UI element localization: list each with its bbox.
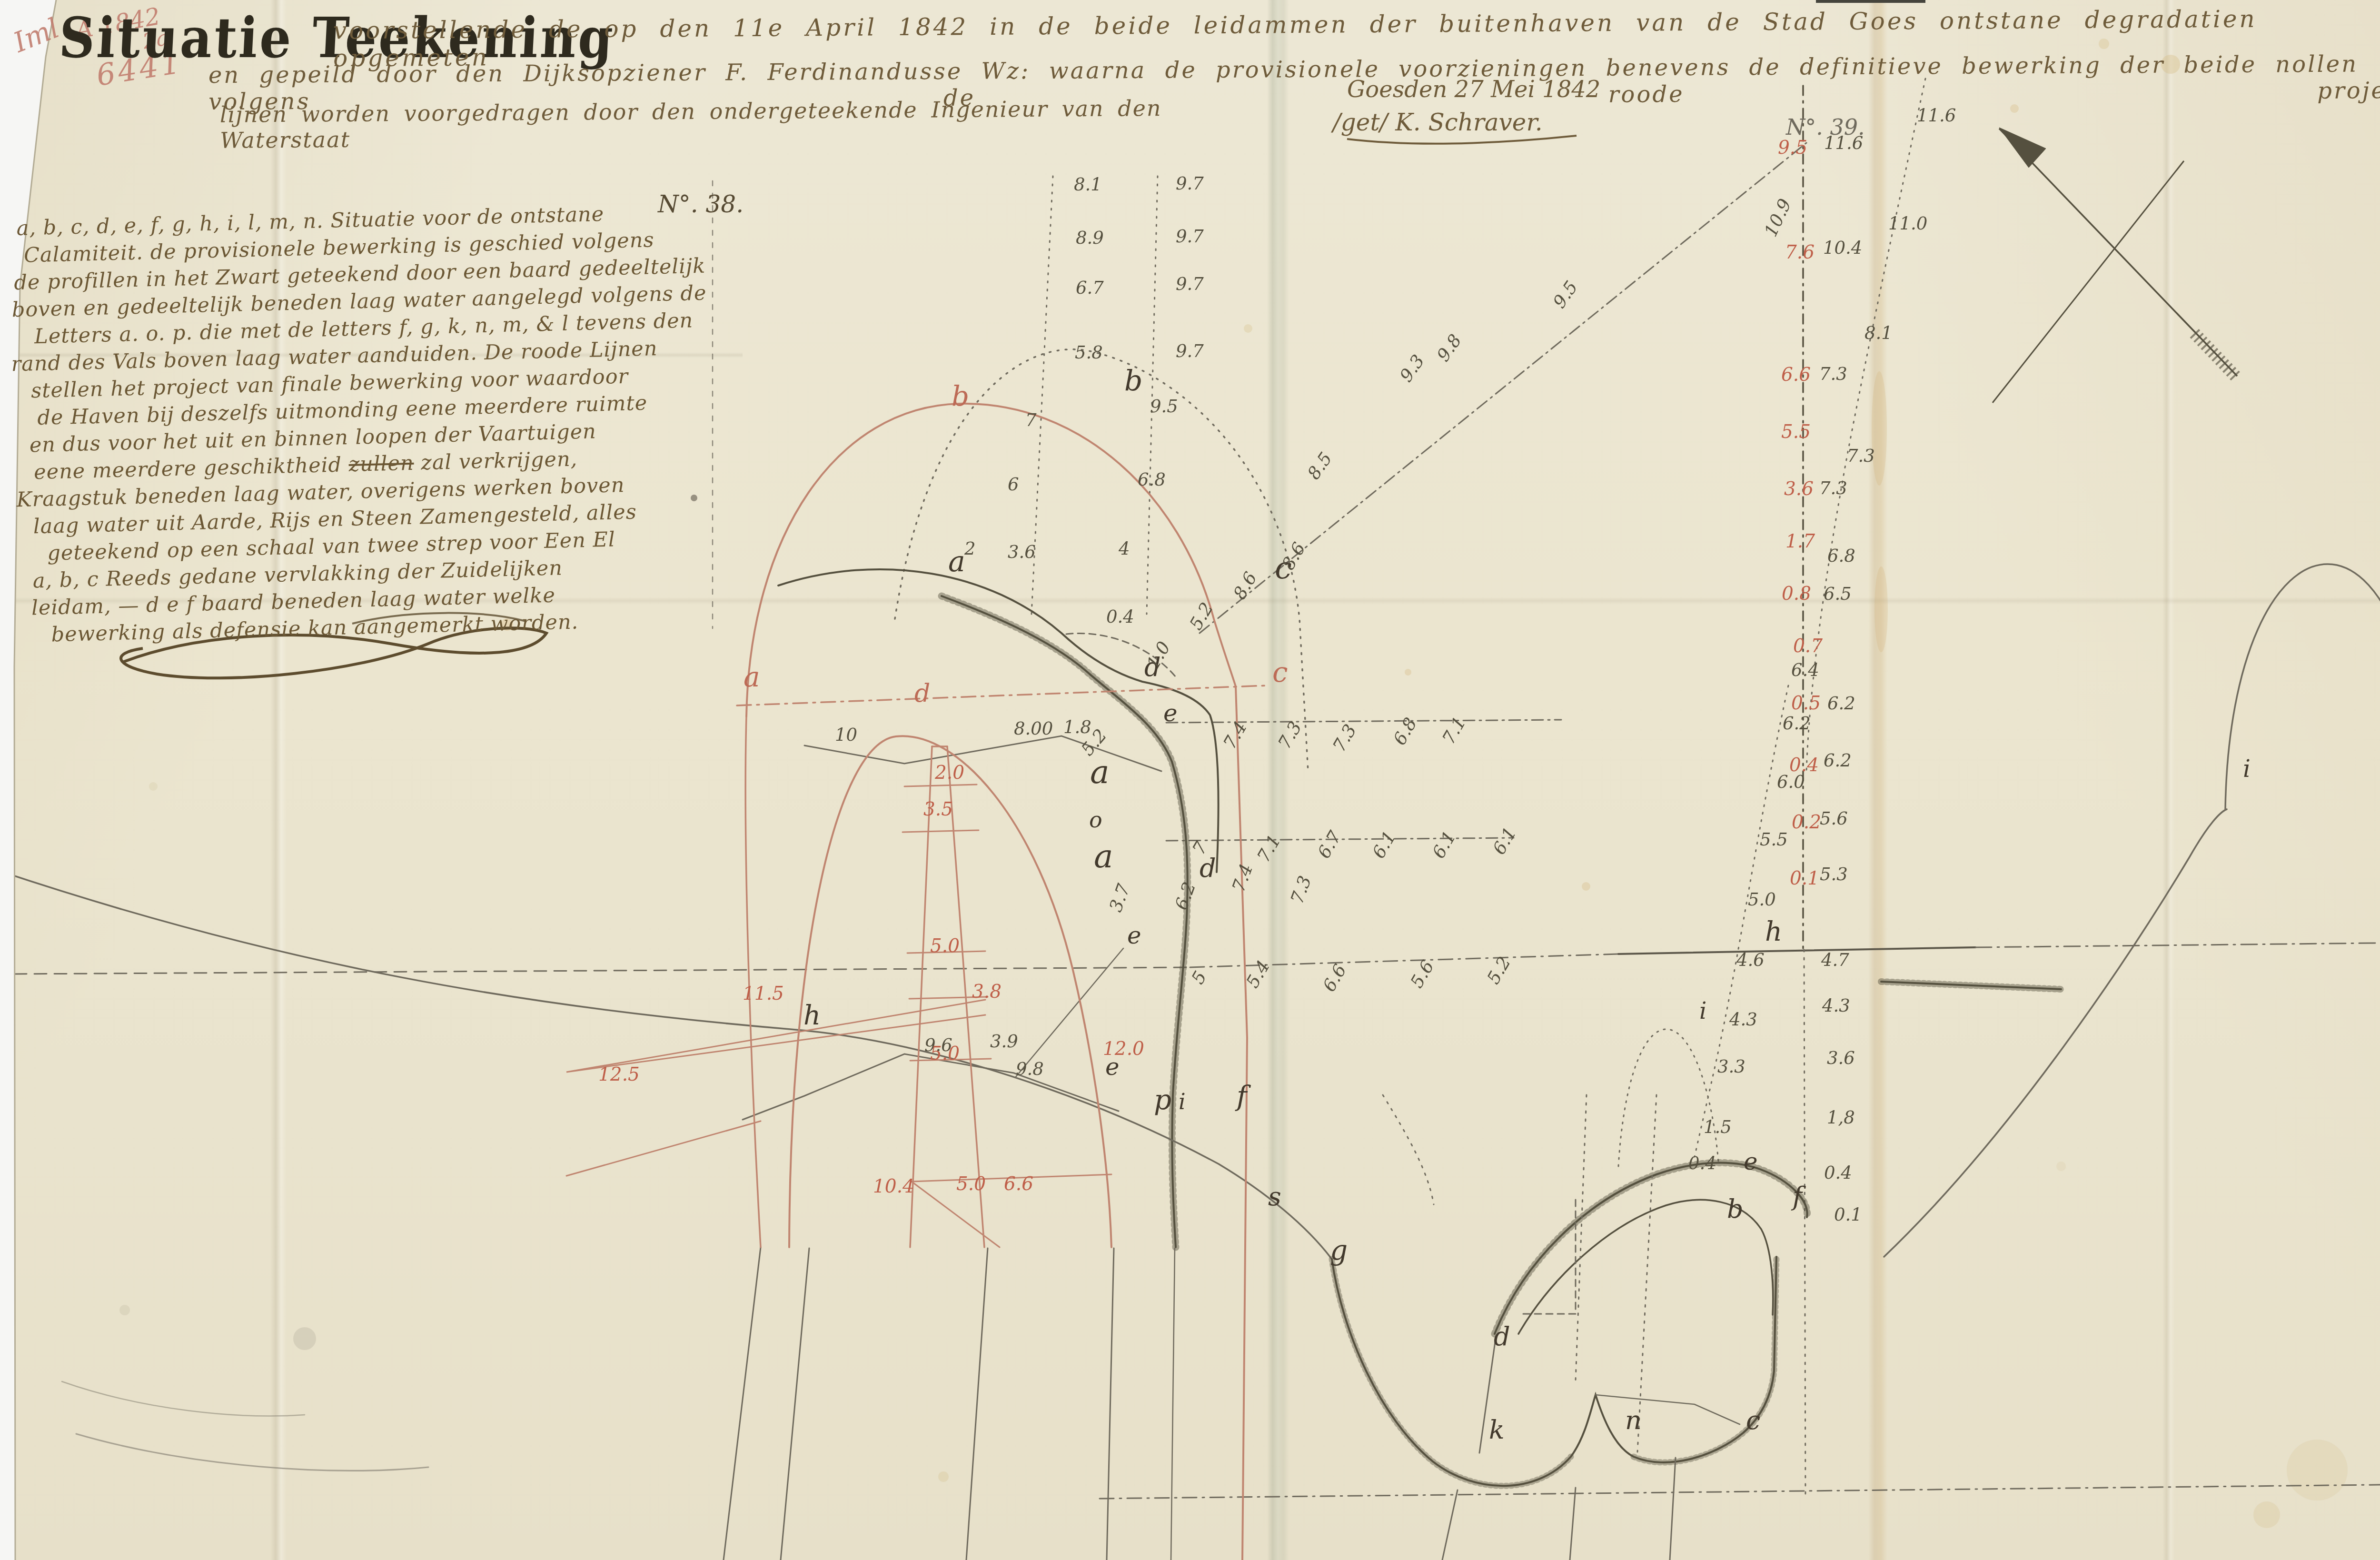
sounding-value-black: 0.4 xyxy=(1688,1153,1716,1173)
north-arrow-icon xyxy=(1993,128,2237,403)
sounding-value-black: 3.6 xyxy=(1008,542,1036,562)
sounding-value-black: 7.3 xyxy=(1287,873,1316,906)
drawing-letter: i xyxy=(1179,1089,1186,1114)
sounding-value-red: 1.7 xyxy=(1785,531,1815,552)
sounding-value-black: 5.4 xyxy=(1242,957,1274,991)
sounding-value-red: 2.0 xyxy=(934,762,964,784)
signature: /get/ K. Schraver. xyxy=(1333,109,1543,136)
drawing-letter: i xyxy=(2243,755,2251,783)
sounding-value-black: 4 xyxy=(1118,538,1130,559)
drawing-letter: h xyxy=(1765,916,1782,947)
sounding-value-black: 6 xyxy=(1008,474,1019,495)
drawing-letter: n xyxy=(1625,1405,1642,1435)
drawing-letter: e xyxy=(1744,1148,1758,1175)
drawing-letter-red: a xyxy=(744,661,760,693)
sounding-value-black: 7.1 xyxy=(1253,831,1285,865)
sounding-value-black: 9.7 xyxy=(1176,226,1204,247)
drawing-letter: d xyxy=(1200,853,1216,883)
drawing-letter: g xyxy=(1330,1234,1348,1266)
sounding-value-black: 0.1 xyxy=(1834,1204,1862,1225)
sounding-value-red: 5.0 xyxy=(930,1043,960,1064)
soundings-red: 9.57.66.65.53.61.70.80.70.50.40.20.12.03… xyxy=(598,137,1823,1197)
sounding-value-black: 4.3 xyxy=(1729,1009,1757,1030)
title-line-3: lijnen worden voorgedragen door den onde… xyxy=(220,94,1291,153)
drawing-letter: a xyxy=(1094,838,1113,875)
drawing-letter-red: c xyxy=(1272,656,1288,688)
sounding-value-black: 0.4 xyxy=(1824,1163,1852,1183)
sounding-value-black: 4.6 xyxy=(1736,950,1765,970)
sounding-value-red: 12.0 xyxy=(1103,1038,1144,1060)
sounding-value-black: 6.7 xyxy=(1314,827,1346,862)
sounding-value-black: 7.4 xyxy=(1228,861,1257,894)
sounding-value-black: 11.0 xyxy=(1888,213,1927,234)
drawing-letter: a xyxy=(948,545,965,578)
sounding-value-red: 5.0 xyxy=(930,935,960,957)
sounding-value-black: 9.5 xyxy=(1549,277,1582,312)
sounding-value-black: 6.8 xyxy=(1389,714,1421,748)
sounding-value-black: 7 xyxy=(1025,410,1037,430)
signature-name: K. Schraver. xyxy=(1395,109,1542,136)
sounding-value-black: 1.5 xyxy=(1704,1117,1732,1137)
sounding-value-black: 6.8 xyxy=(1827,546,1855,566)
sounding-value-black: 5.2 xyxy=(1186,599,1218,633)
sounding-value-black: 7.3 xyxy=(1847,446,1875,466)
sounding-value-black: 5.0 xyxy=(1748,889,1776,910)
sounding-value-red: 5.5 xyxy=(1781,421,1811,443)
sounding-value-red: 7.6 xyxy=(1785,242,1815,263)
sounding-value-red: 0.4 xyxy=(1789,755,1819,776)
sounding-value-black: 9.8 xyxy=(1433,330,1466,365)
drawing-letter: o xyxy=(1089,807,1102,833)
sounding-value-black: 6.8 xyxy=(1138,469,1166,490)
drawing-letter: b xyxy=(1124,364,1142,397)
sounding-value-red: 5.0 xyxy=(956,1173,986,1195)
sounding-value-black: 11.6 xyxy=(1917,105,1956,126)
drawing-letter-red: d xyxy=(914,679,930,708)
sounding-value-black: 6.1 xyxy=(1428,827,1460,862)
sounding-value-black: 7.3 xyxy=(1819,478,1847,498)
sounding-value-black: 3.6 xyxy=(1827,1048,1855,1068)
sounding-value-black: 7.3 xyxy=(1329,721,1361,755)
sounding-value-black: 6.1 xyxy=(1489,824,1521,858)
sounding-value-black: 6.2 xyxy=(1827,693,1855,714)
sounding-value-black: 7.4 xyxy=(1220,718,1251,752)
sounding-value-black: 9.7 xyxy=(1176,173,1204,194)
sounding-value-red: 0.8 xyxy=(1782,583,1811,605)
sounding-value-red: 6.6 xyxy=(1781,364,1811,386)
sounding-value-black: 6.2 xyxy=(1783,713,1811,734)
sounding-value-black: 0.4 xyxy=(1106,606,1134,627)
sounding-value-red: 9.5 xyxy=(1778,137,1807,159)
sounding-value-red: 6.6 xyxy=(1004,1173,1033,1195)
sounding-value-black: 6.2 xyxy=(1824,750,1852,771)
sounding-value-black: 9.7 xyxy=(1176,341,1204,361)
sounding-value-red: 0.5 xyxy=(1791,693,1821,714)
drawing-letter: s xyxy=(1268,1182,1281,1212)
sounding-value-black: 8.1 xyxy=(1864,323,1893,343)
drawing-letter: e xyxy=(1163,699,1178,727)
sounding-value-black: 7.3 xyxy=(1274,718,1306,752)
sounding-value-black: 5.5 xyxy=(1760,829,1788,850)
drawing-letter: d xyxy=(1494,1322,1510,1351)
sheet-number-39: N°. 39. xyxy=(1786,114,1865,140)
sounding-value-black: 5.6 xyxy=(1820,808,1848,829)
sounding-value-red: 3.5 xyxy=(923,799,953,820)
sounding-value-black: 8.00 xyxy=(1014,718,1053,739)
sounding-value-black: 8.5 xyxy=(1303,448,1336,483)
sounding-value-black: 6.6 xyxy=(1319,961,1351,995)
sounding-value-black: 4.3 xyxy=(1822,995,1850,1016)
sounding-value-black: 9.8 xyxy=(1016,1059,1044,1079)
drawing-letter: k xyxy=(1489,1415,1505,1445)
signature-prefix: /get/ xyxy=(1333,109,1388,136)
sounding-value-black: 5 xyxy=(1188,968,1211,988)
sounding-value-black: 7.1 xyxy=(1438,713,1470,747)
sounding-value-black: 6.1 xyxy=(1368,827,1400,862)
drawing-letters: abcdeaoadehepifsgdkncbefihibacd xyxy=(744,364,2251,1445)
drawing-letter: c xyxy=(1746,1405,1760,1435)
drawing-letter: i xyxy=(1699,998,1706,1024)
sounding-value-black: 4.7 xyxy=(1821,950,1849,970)
scanned-document-sheet: abcdeaoadehepifsgdkncbefihibacd 8.19.78.… xyxy=(0,0,2380,1560)
sounding-value-red: 12.5 xyxy=(598,1064,640,1085)
sounding-value-black: 6.4 xyxy=(1791,660,1819,680)
sounding-value-red: 3.8 xyxy=(972,981,1002,1003)
drawing-letter: b xyxy=(1727,1194,1744,1224)
soundings-black: 8.19.78.99.76.79.75.89.79.5766.83.6240.4… xyxy=(835,105,1956,1225)
legend-paragraph: a, b, c, d, e, f, g, h, i, l, m, n. Situ… xyxy=(16,198,722,649)
drawing-letter: p xyxy=(1154,1083,1171,1116)
sounding-value-black: 10.4 xyxy=(1823,238,1862,258)
sounding-value-red: 0.2 xyxy=(1792,812,1821,833)
sounding-value-black: 5.3 xyxy=(1820,864,1848,884)
drawing-letter-red: b xyxy=(952,380,969,412)
place-date: Goesden 27 Mei 1842 xyxy=(1347,76,1600,103)
sounding-value-black: 1,8 xyxy=(1827,1107,1855,1128)
sounding-value-black: 9.7 xyxy=(1176,274,1204,294)
sounding-value-black: 8.6 xyxy=(1230,568,1261,603)
sounding-value-red: 0.7 xyxy=(1793,636,1823,657)
sounding-value-black: 6.7 xyxy=(1076,278,1104,298)
sounding-value-black: 3.7 xyxy=(1105,881,1134,914)
drawing-letter: f xyxy=(1235,1080,1251,1112)
sounding-value-black: 5.8 xyxy=(1075,342,1103,363)
sounding-value-black: 10.9 xyxy=(1760,196,1795,240)
sounding-value-black: 6.5 xyxy=(1824,584,1852,604)
sounding-value-red: 11.5 xyxy=(743,983,784,1004)
sounding-value-red: 3.6 xyxy=(1784,478,1814,500)
sounding-value-black: 5.6 xyxy=(1407,957,1438,991)
sounding-value-black: 8.9 xyxy=(1076,228,1104,248)
sounding-value-black: 9.5 xyxy=(1150,396,1178,417)
sounding-value-red: 0.1 xyxy=(1790,868,1819,889)
drawing-letter: h xyxy=(803,1000,821,1031)
sounding-value-black: 2 xyxy=(964,538,976,559)
drawing-letter: e xyxy=(1127,922,1141,949)
sounding-value-black: 9.3 xyxy=(1396,351,1428,386)
sounding-value-red: 10.4 xyxy=(873,1176,914,1197)
sounding-value-black: 6.2 xyxy=(1171,879,1200,913)
sounding-value-black: 3.3 xyxy=(1717,1056,1745,1077)
sounding-value-black: 10 xyxy=(835,725,857,745)
sounding-value-black: 7.3 xyxy=(1819,364,1847,384)
sounding-value-black: 8.1 xyxy=(1074,174,1102,195)
sounding-value-black: 3.9 xyxy=(990,1031,1018,1052)
